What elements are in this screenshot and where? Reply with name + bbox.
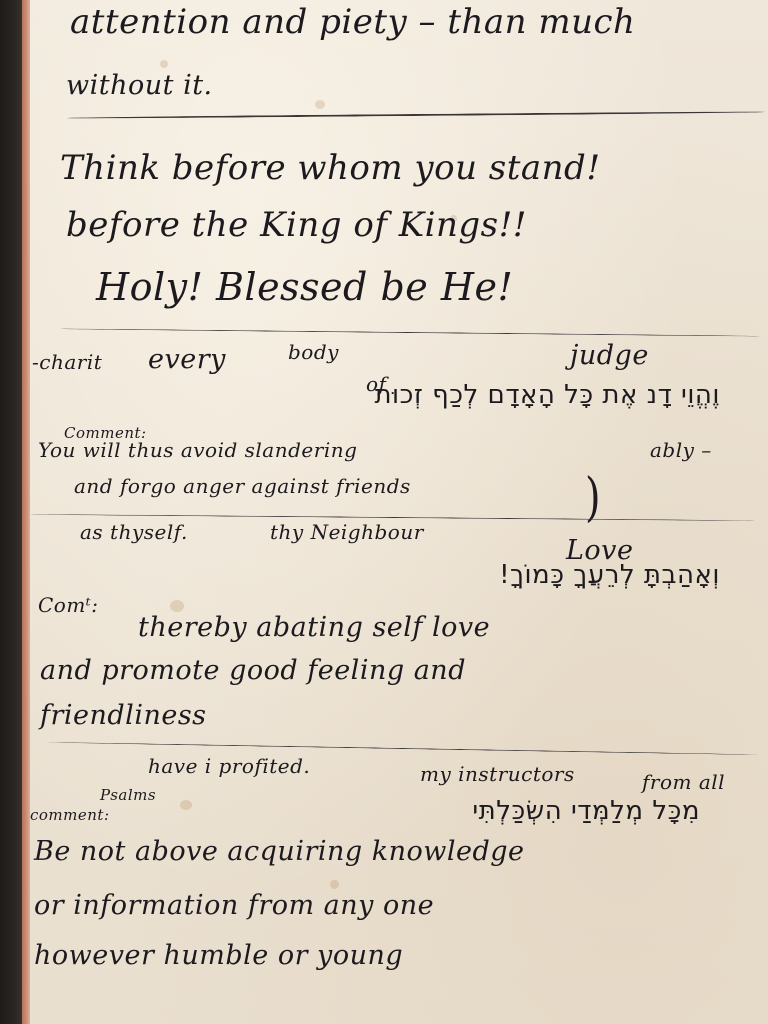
gloss-word: -charit bbox=[32, 350, 102, 374]
gloss-word: from all bbox=[642, 770, 725, 794]
divider-rule bbox=[66, 111, 766, 119]
foxing-spot bbox=[330, 880, 339, 889]
foxing-spot bbox=[170, 600, 184, 612]
gloss-word: as thyself. bbox=[80, 520, 188, 544]
foxing-spot bbox=[315, 100, 325, 109]
comment-line: or information from any one bbox=[34, 890, 434, 921]
comment-label: comment: bbox=[30, 806, 110, 824]
divider-rule bbox=[60, 328, 760, 336]
text-line: Think before whom you stand! bbox=[60, 148, 601, 188]
gloss-word: thy Neighbour bbox=[270, 520, 424, 544]
text-line: without it. bbox=[66, 70, 213, 101]
notebook-page: attention and piety – than much without … bbox=[30, 0, 768, 1024]
comment-line: and promote good feeling and bbox=[40, 655, 466, 686]
comment-line: friendliness bbox=[40, 700, 207, 731]
gloss-word: body bbox=[288, 340, 339, 364]
hebrew-verse: וֶהֱוֵי דָנ אֶת כָּל הָאָדָם לְכַף זְכוּ… bbox=[60, 380, 720, 410]
hebrew-verse: וְאָהַבְתָּ לְרֵעֲךָ כָּמוֹךָ! bbox=[120, 560, 720, 590]
side-note: ably – bbox=[650, 438, 712, 462]
gloss-word: have i profited. bbox=[148, 754, 310, 778]
book-binding bbox=[0, 0, 22, 1024]
gloss-word: my instructors bbox=[420, 762, 575, 786]
page-edge bbox=[22, 0, 30, 1024]
comment-line: and forgo anger against friends bbox=[74, 474, 411, 498]
text-line: before the King of Kings!! bbox=[66, 205, 527, 245]
gloss-word: every bbox=[148, 344, 226, 375]
comment-line: Be not above acquiring knowledge bbox=[34, 836, 525, 867]
gloss-word: judge bbox=[570, 340, 649, 371]
text-line: attention and piety – than much bbox=[70, 2, 635, 42]
comment-line: however humble or young bbox=[34, 940, 403, 971]
hebrew-verse: מִכָּל מְלַמְּדַי הִשְׂכַּלְתִּי bbox=[180, 796, 700, 826]
comment-label: Comᵗ: bbox=[38, 593, 98, 617]
foxing-spot bbox=[160, 60, 168, 68]
comment-line: You will thus avoid slandering bbox=[38, 438, 357, 462]
text-line: Holy! Blessed be He! bbox=[96, 265, 513, 309]
source-label: Psalms bbox=[100, 786, 156, 804]
comment-line: thereby abating self love bbox=[138, 612, 490, 643]
